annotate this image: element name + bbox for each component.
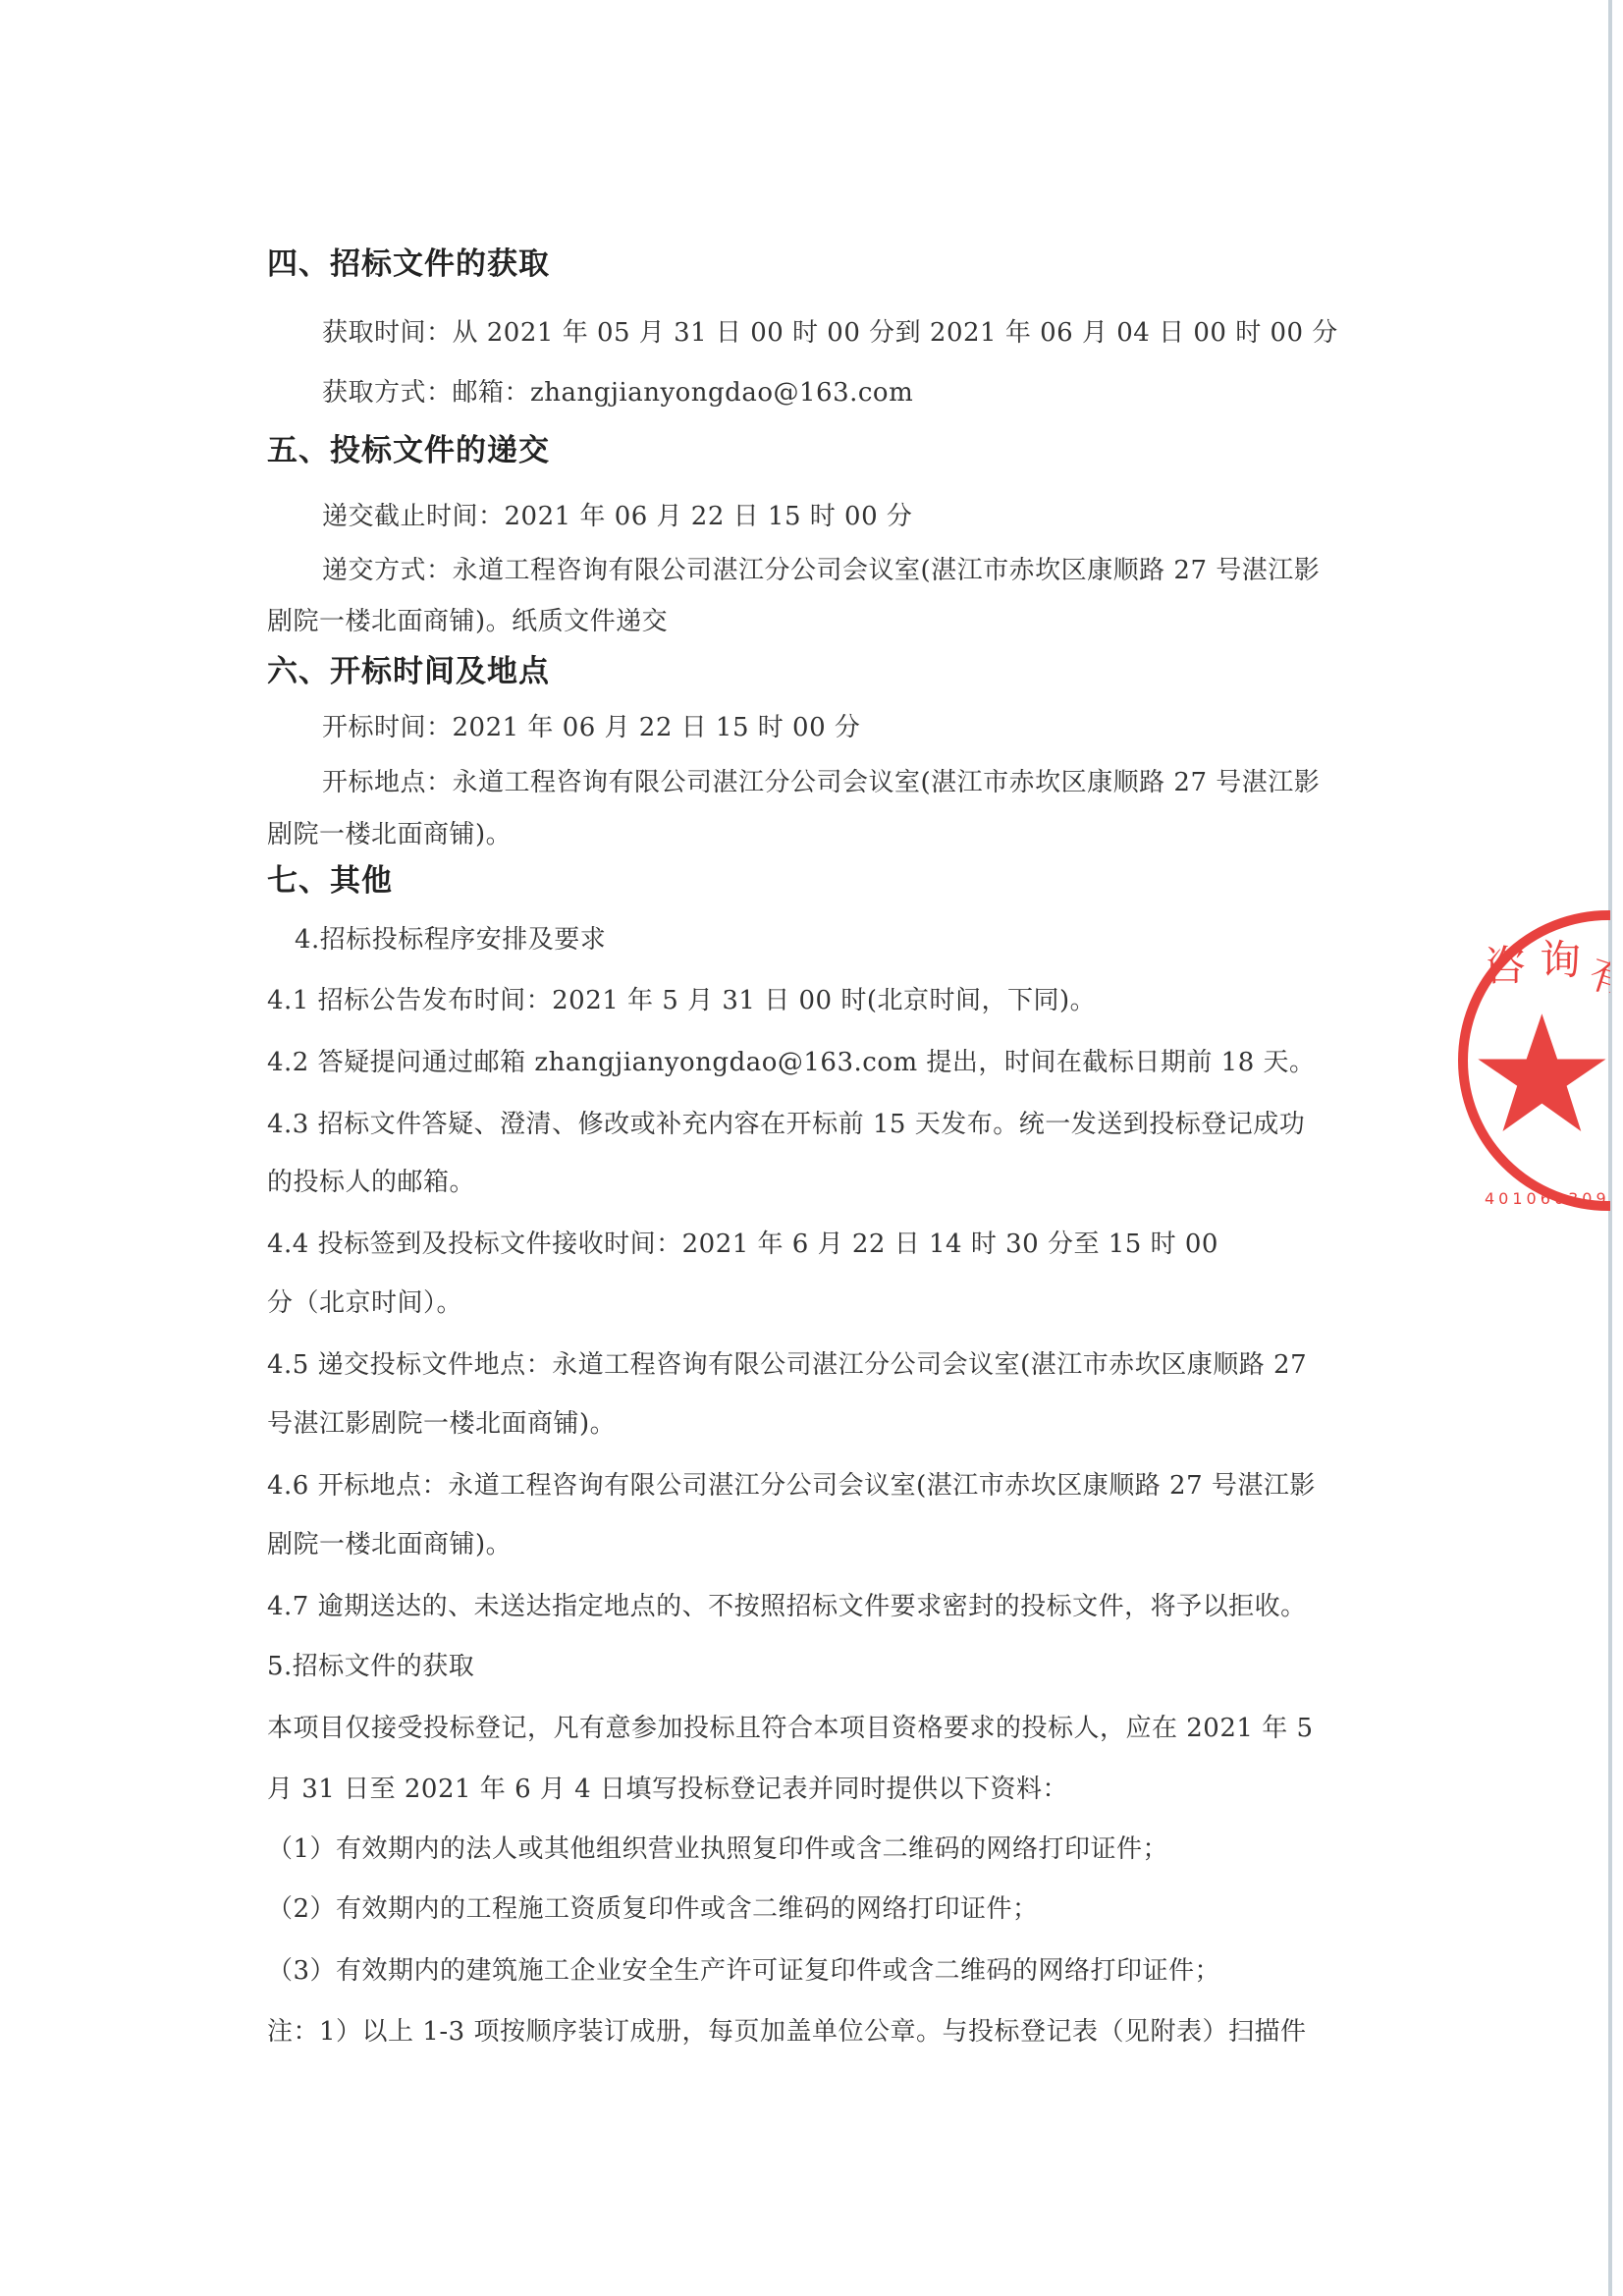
item-5: 5.招标文件的获取 [267, 1650, 474, 1683]
item-5-body-cont: 月 31 日至 2021 年 6 月 4 日填写投标登记表并同时提供以下资料： [267, 1773, 1068, 1806]
note-1: 注：1）以上 1-3 项按顺序装订成册，每页加盖单位公章。与投标登记表（见附表）… [267, 2015, 1306, 2049]
section-heading-7: 七、其他 [267, 864, 393, 898]
section-heading-4: 四、招标文件的获取 [267, 247, 550, 281]
submit-deadline: 递交截止时间：2021 年 06 月 22 日 15 时 00 分 [322, 500, 912, 533]
opening-time: 开标时间：2021 年 06 月 22 日 15 时 00 分 [322, 711, 860, 744]
section-heading-6: 六、开标时间及地点 [267, 655, 550, 688]
requirement-1: （1）有效期内的法人或其他组织营业执照复印件或含二维码的网络打印证件； [267, 1832, 1168, 1866]
requirement-2: （2）有效期内的工程施工资质复印件或含二维码的网络打印证件； [267, 1892, 1039, 1926]
item-4-6: 4.6 开标地点：永道工程咨询有限公司湛江分公司会议室(湛江市赤坎区康顺路 27… [267, 1469, 1316, 1503]
item-4-7: 4.7 逾期送达的、未送达指定地点的、不按照招标文件要求密封的投标文件，将予以拒… [267, 1590, 1307, 1623]
submit-method: 递交方式：永道工程咨询有限公司湛江分公司会议室(湛江市赤坎区康顺路 27 号湛江… [322, 554, 1320, 587]
seal-code: 401060309 [1485, 1189, 1610, 1208]
item-4-3: 4.3 招标文件答疑、澄清、修改或补充内容在开标前 15 天发布。统一发送到投标… [267, 1108, 1305, 1141]
item-4: 4.招标投标程序安排及要求 [295, 923, 606, 957]
item-4-4-cont: 分（北京时间）。 [267, 1286, 462, 1320]
company-seal: 咨 询 有 401060309 [1441, 894, 1623, 1228]
svg-text:询: 询 [1540, 936, 1581, 984]
obtain-time: 获取时间：从 2021 年 05 月 31 日 00 时 00 分到 2021 … [322, 316, 1338, 350]
item-4-6-cont: 剧院一楼北面商铺)。 [267, 1528, 512, 1561]
item-4-3-cont: 的投标人的邮箱。 [267, 1166, 475, 1199]
item-5-body: 本项目仅接受投标登记，凡有意参加投标且符合本项目资格要求的投标人，应在 2021… [267, 1712, 1314, 1745]
document-page: 四、招标文件的获取 获取时间：从 2021 年 05 月 31 日 00 时 0… [0, 0, 1623, 2296]
item-4-4: 4.4 投标签到及投标文件接收时间：2021 年 6 月 22 日 14 时 3… [267, 1228, 1218, 1261]
requirement-3: （3）有效期内的建筑施工企业安全生产许可证复印件或含二维码的网络打印证件； [267, 1954, 1220, 1988]
obtain-method: 获取方式：邮箱：zhangjianyongdao@163.com [322, 376, 913, 410]
item-4-1: 4.1 招标公告发布时间：2021 年 5 月 31 日 00 时(北京时间，下… [267, 984, 1096, 1017]
item-4-5: 4.5 递交投标文件地点：永道工程咨询有限公司湛江分公司会议室(湛江市赤坎区康顺… [267, 1348, 1307, 1382]
opening-place: 开标地点：永道工程咨询有限公司湛江分公司会议室(湛江市赤坎区康顺路 27 号湛江… [322, 766, 1320, 799]
item-4-5-cont: 号湛江影剧院一楼北面商铺)。 [267, 1407, 616, 1441]
section-heading-5: 五、投标文件的递交 [267, 434, 550, 467]
star-icon [1478, 1013, 1605, 1131]
seal-text-top: 咨 [1485, 942, 1526, 990]
svg-text:有: 有 [1583, 949, 1623, 1008]
submit-method-cont: 剧院一楼北面商铺)。纸质文件递交 [267, 605, 668, 638]
item-4-2: 4.2 答疑提问通过邮箱 zhangjianyongdao@163.com 提出… [267, 1046, 1316, 1079]
opening-place-cont: 剧院一楼北面商铺)。 [267, 818, 512, 851]
